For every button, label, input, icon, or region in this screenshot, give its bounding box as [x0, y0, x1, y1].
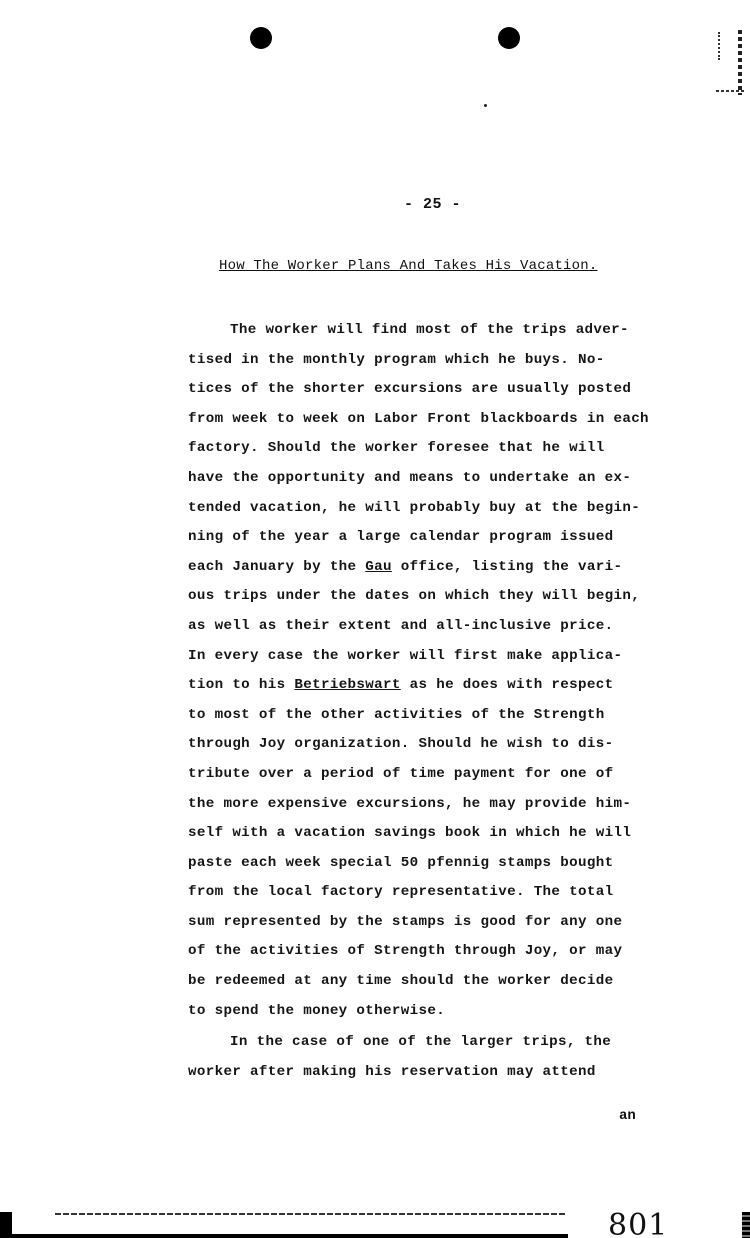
text-segment: each January by the — [188, 559, 365, 575]
scan-corner-mark — [742, 1212, 750, 1238]
underlined-term-gau: Gau — [365, 559, 392, 575]
text-line: paste each week special 50 pfennig stamp… — [188, 849, 648, 879]
text-segment: as he does with respect — [401, 677, 614, 693]
text-line: be redeemed at any time should the worke… — [188, 967, 648, 997]
text-line: tised in the monthly program which he bu… — [188, 346, 648, 376]
scan-edge-marks — [716, 30, 750, 100]
text-segment: tion to his — [188, 677, 294, 693]
catchword: an — [619, 1108, 636, 1124]
text-line: tion to his Betriebswart as he does with… — [188, 671, 648, 701]
body-text: The worker will find most of the trips a… — [188, 316, 648, 1087]
text-line: In every case the worker will first make… — [188, 642, 648, 672]
text-line: factory. Should the worker foresee that … — [188, 434, 648, 464]
underlined-term-betriebswart: Betriebswart — [294, 677, 400, 693]
text-line: tices of the shorter excursions are usua… — [188, 375, 648, 405]
text-line: ous trips under the dates on which they … — [188, 582, 648, 612]
punch-hole-right — [498, 27, 520, 49]
text-segment: office, listing the vari- — [392, 559, 622, 575]
page-number: - 25 - — [404, 196, 461, 213]
footer-dotted-rule — [55, 1213, 565, 1215]
text-line: The worker will find most of the trips a… — [188, 316, 648, 346]
handwritten-folio-number: 801 — [608, 1208, 668, 1238]
text-line: worker after making his reservation may … — [188, 1058, 648, 1088]
text-line: In the case of one of the larger trips, … — [188, 1028, 648, 1058]
text-line: as well as their extent and all-inclusiv… — [188, 612, 648, 642]
footer-rule — [0, 1234, 568, 1238]
text-line: have the opportunity and means to undert… — [188, 464, 648, 494]
text-line: sum represented by the stamps is good fo… — [188, 908, 648, 938]
text-line: tended vacation, he will probably buy at… — [188, 494, 648, 524]
text-line: from week to week on Labor Front blackbo… — [188, 405, 648, 435]
text-line: tribute over a period of time payment fo… — [188, 760, 648, 790]
text-line: to spend the money otherwise. — [188, 997, 648, 1027]
scan-speck — [484, 104, 487, 107]
text-line: self with a vacation savings book in whi… — [188, 819, 648, 849]
section-title: How The Worker Plans And Takes His Vacat… — [219, 258, 597, 274]
text-line: ning of the year a large calendar progra… — [188, 523, 648, 553]
text-line: to most of the other activities of the S… — [188, 701, 648, 731]
text-line: from the local factory representative. T… — [188, 878, 648, 908]
text-line: through Joy organization. Should he wish… — [188, 730, 648, 760]
text-line: each January by the Gau office, listing … — [188, 553, 648, 583]
text-line: of the activities of Strength through Jo… — [188, 937, 648, 967]
punch-hole-left — [250, 27, 272, 49]
document-page: - 25 - How The Worker Plans And Takes Hi… — [0, 0, 750, 1238]
text-line: the more expensive excursions, he may pr… — [188, 790, 648, 820]
